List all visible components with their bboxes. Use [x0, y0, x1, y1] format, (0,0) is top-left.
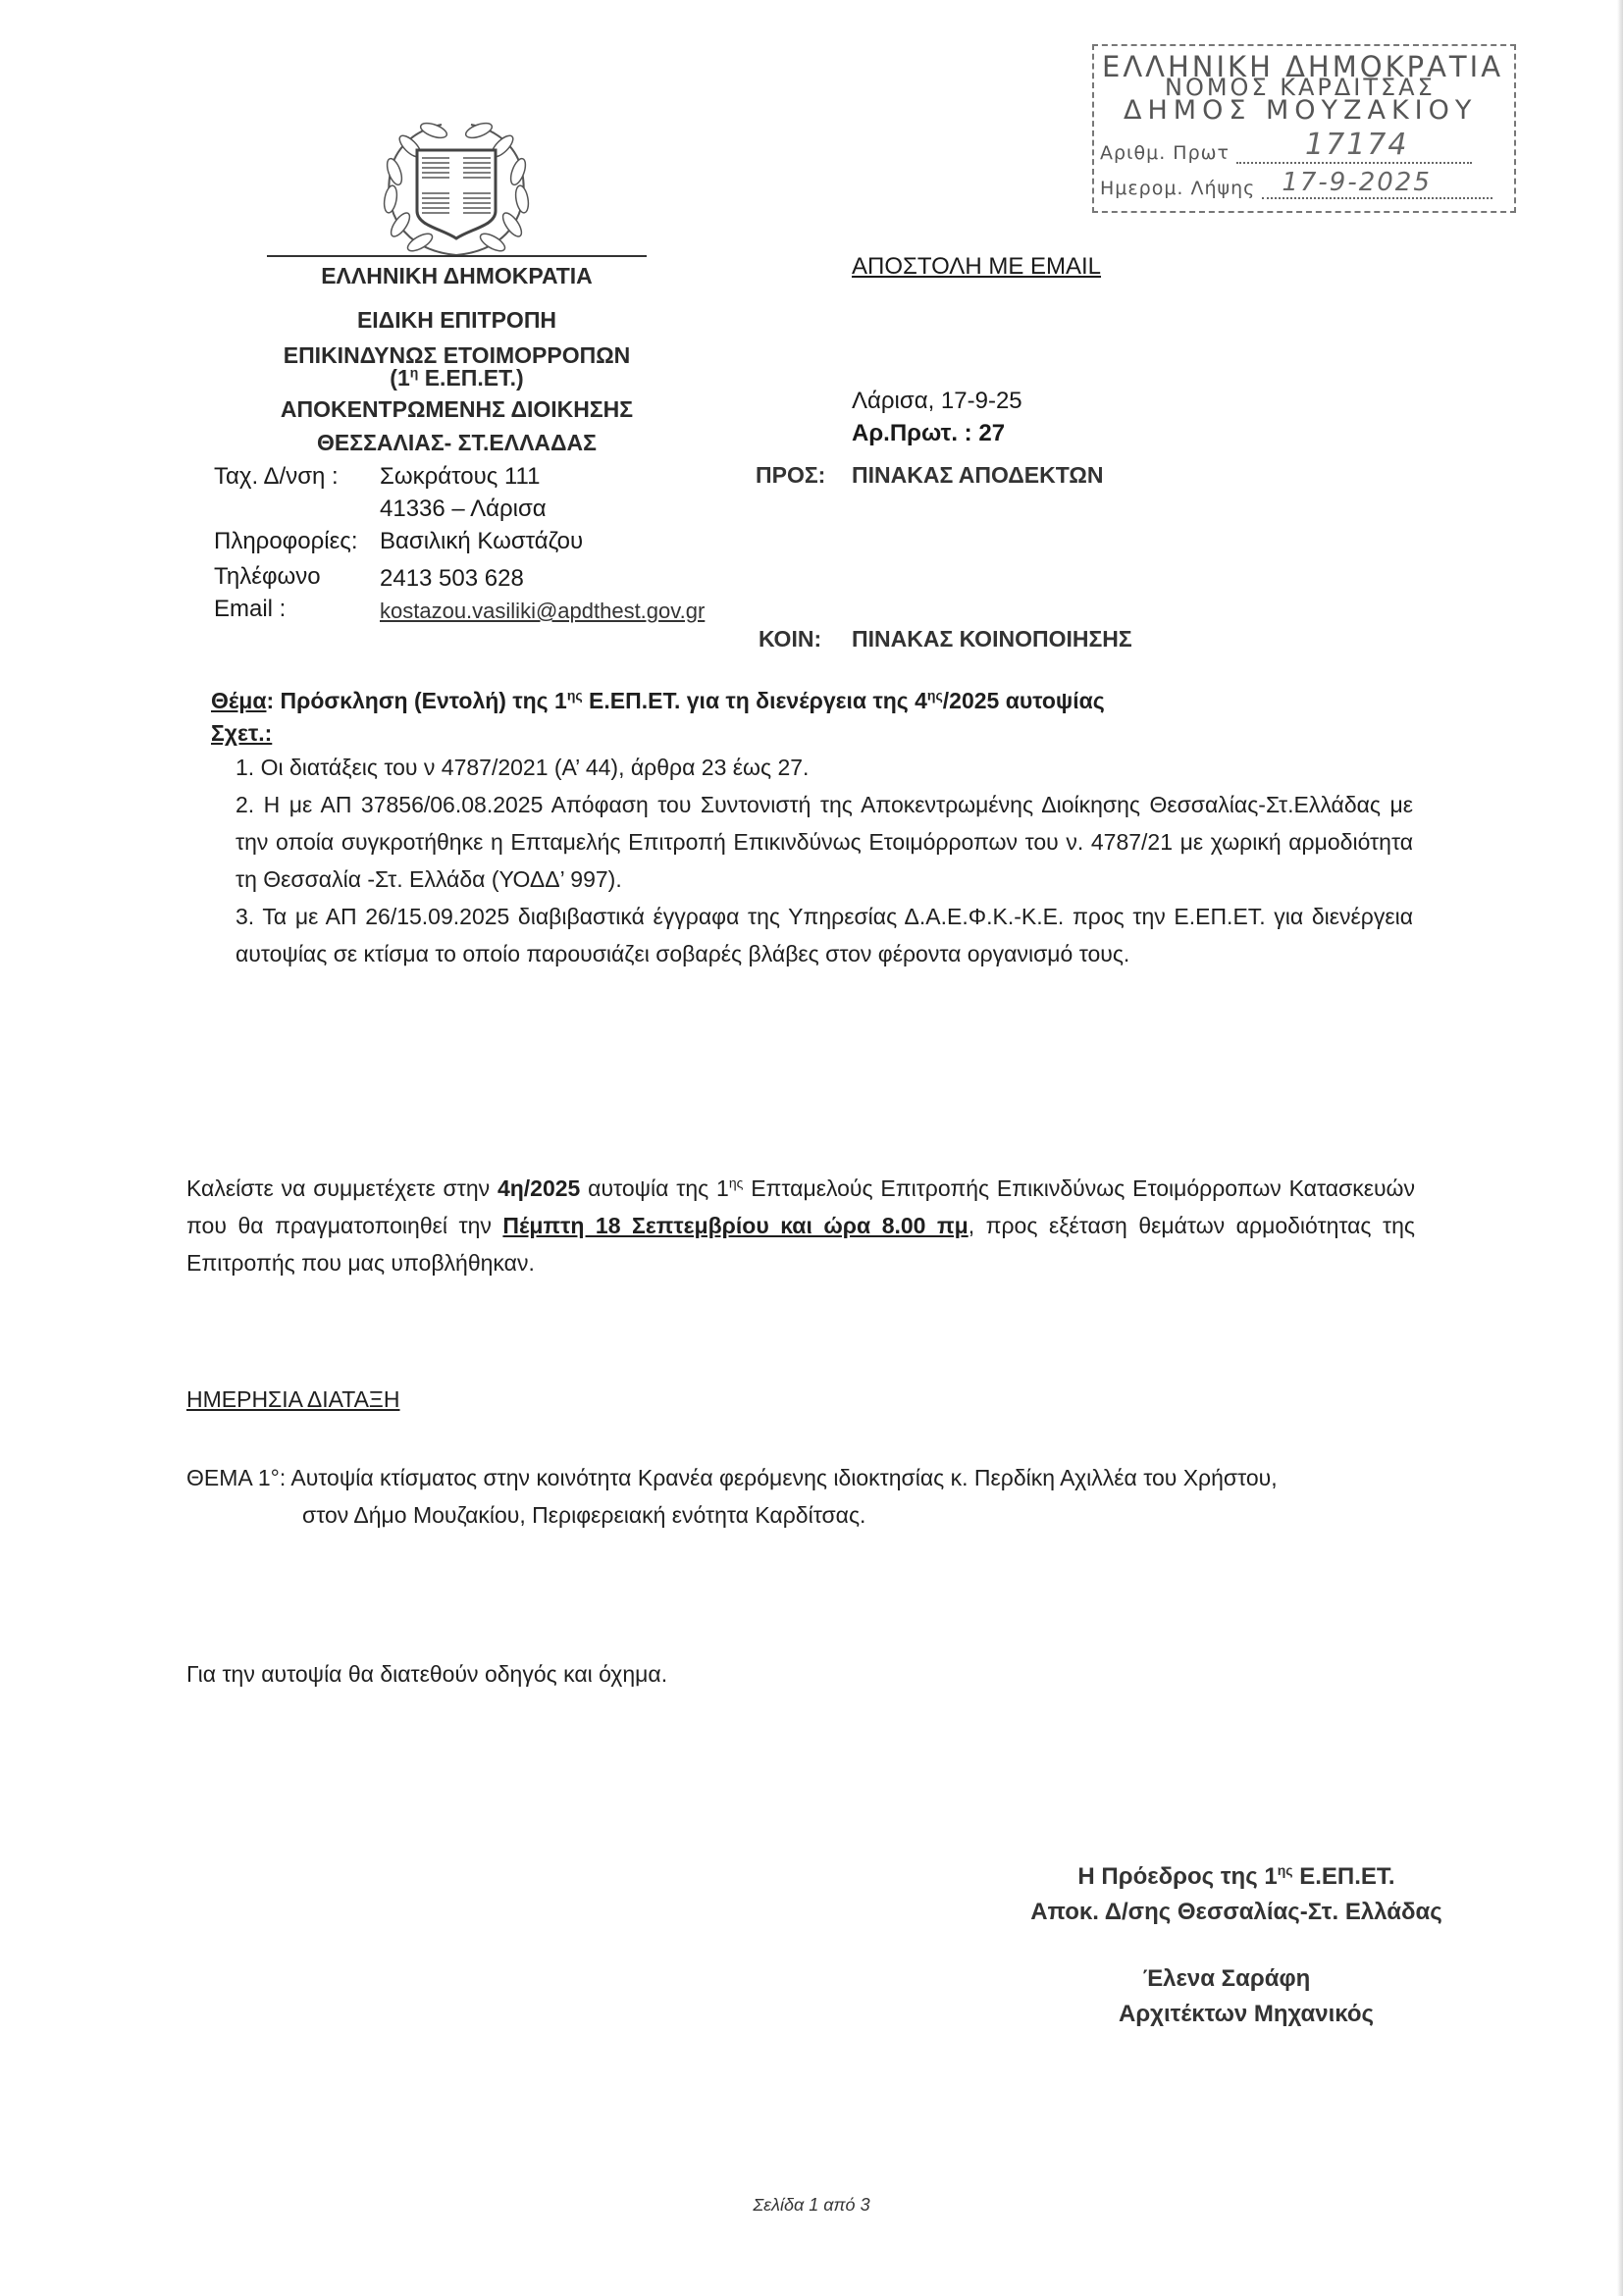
stamp-date-label: Ημερομ. Λήψης [1100, 178, 1255, 199]
protocol-number: Αρ.Πρωτ. : 27 [852, 420, 1005, 447]
agenda-item-label: ΘΕΜΑ 1° [186, 1465, 280, 1490]
committee-line-4: ΑΠΟΚΕΝΤΡΩΜΕΝΗΣ ΔΙΟΙΚΗΣΗΣ [267, 396, 647, 423]
address-label: Ταχ. Δ/νση : [214, 463, 339, 491]
to-value: ΠΙΝΑΚΑΣ ΑΠΟΔΕΚΤΩΝ [852, 462, 1103, 489]
subject-label: Θέμα [211, 688, 266, 713]
subject-line: Θέμα: Πρόσκληση (Εντολή) της 1ης Ε.ΕΠ.ΕΤ… [211, 682, 1428, 719]
invitation-paragraph: Καλείστε να συμμετέχετε στην 4η/2025 αυτ… [186, 1170, 1415, 1281]
phone-label: Τηλέφωνο [214, 563, 321, 591]
stamp-protocol-value: 17174 [1305, 128, 1408, 162]
meeting-datetime: Πέμπτη 18 Σεπτεμβρίου και ώρα 8.00 πμ [502, 1213, 968, 1238]
dispatch-method: ΑΠΟΣΤΟΛΗ ΜΕ EMAIL [852, 253, 1101, 281]
info-label: Πληροφορίες: [214, 528, 358, 555]
agenda-item-1-continued: στον Δήμο Μουζακίου, Περιφερειακή ενότητ… [302, 1496, 865, 1534]
address-line-1: Σωκράτους 111 [380, 463, 540, 491]
cc-label: ΚΟΙΝ: [759, 626, 821, 652]
signature-title: Η Πρόεδρος της 1ης Ε.ΕΠ.ΕΤ. [1011, 1858, 1462, 1896]
agenda-title: ΗΜΕΡΗΣΙΑ ΔΙΑΤΑΞΗ [186, 1381, 400, 1418]
committee-line-5: ΘΕΣΣΑΛΙΑΣ- ΣΤ.ΕΛΛΑΔΑΣ [267, 430, 647, 456]
place-date: Λάρισα, 17-9-25 [852, 388, 1022, 415]
committee-line-1: ΕΙΔΙΚΗ ΕΠΙΤΡΟΠΗ [267, 307, 647, 334]
phone-value: 2413 503 628 [380, 565, 524, 593]
stamp-protocol-row: Αριθμ. Πρωτ 17174 [1100, 140, 1472, 164]
reference-item-1: 1. Οι διατάξεις του ν 4787/2021 (Α’ 44),… [236, 749, 1413, 786]
page-edge [1617, 0, 1623, 2296]
reference-item-2: 2. Η με ΑΠ 37856/06.08.2025 Απόφαση του … [236, 786, 1413, 898]
header-rule [267, 255, 647, 257]
registry-stamp: ΕΛΛΗΝΙΚΗ ΔΗΜΟΚΡΑΤΙΑ ΝΟΜΟΣ ΚΑΡΔΙΤΣΑΣ ΔΗΜΟ… [1092, 44, 1516, 213]
greek-coat-of-arms-icon [373, 113, 540, 260]
transport-note: Για την αυτοψία θα διατεθούν οδηγός και … [186, 1655, 667, 1693]
inspection-number: 4η/2025 [497, 1175, 580, 1201]
reference-item-3: 3. Τα με ΑΠ 26/15.09.2025 διαβιβαστικά έ… [236, 898, 1413, 972]
stamp-line-municipality: ΔΗΜΟΣ ΜΟΥΖΑΚΙΟΥ [1124, 95, 1477, 126]
address-line-2: 41336 – Λάρισα [380, 496, 547, 523]
agenda-item-1: ΘΕΜΑ 1°: Αυτοψία κτίσματος στην κοινότητ… [186, 1459, 1278, 1496]
stamp-protocol-label: Αριθμ. Πρωτ [1100, 142, 1230, 164]
stamp-date-row: Ημερομ. Λήψης 17-9-2025 [1100, 176, 1492, 199]
cc-value: ΠΙΝΑΚΑΣ ΚΟΙΝΟΠΟΙΗΣΗΣ [852, 626, 1132, 652]
page-number: Σελίδα 1 από 3 [0, 2195, 1623, 2216]
committee-line-3: (1η Ε.ΕΠ.ΕΤ.) [267, 365, 647, 391]
email-label: Email : [214, 596, 286, 623]
republic-title: ΕΛΛΗΝΙΚΗ ΔΗΜΟΚΡΑΤΙΑ [267, 263, 647, 289]
info-value: Βασιλική Κωστάζου [380, 528, 583, 555]
signatory-name: Έλενα Σαράφη [1079, 1960, 1374, 1998]
signature-org: Αποκ. Δ/σης Θεσσαλίας-Στ. Ελλάδας [1011, 1894, 1462, 1931]
email-link[interactable]: kostazou.vasiliki@apdthest.gov.gr [380, 599, 705, 624]
stamp-date-value: 17-9-2025 [1282, 168, 1432, 197]
to-label: ΠΡΟΣ: [756, 462, 825, 489]
signatory-role: Αρχιτέκτων Μηχανικός [1089, 1996, 1403, 2033]
references-label: Σχετ.: [211, 714, 272, 752]
